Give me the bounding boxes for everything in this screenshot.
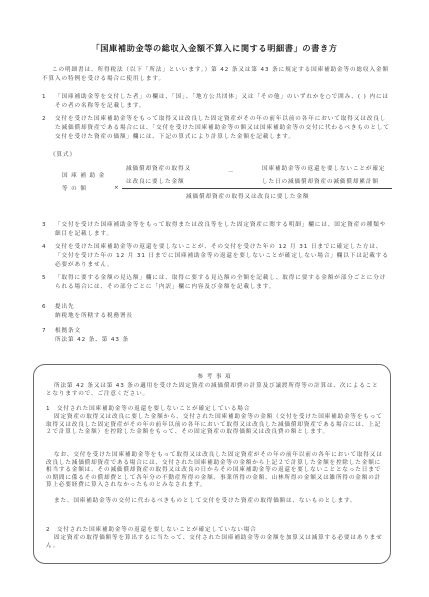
numerator1-line2: は改良に要した金額 [126,177,184,185]
reference-section-1-para-1: 固定資産の取得又は改良に要した金額から、交付された国庫補助金等の金額（交付を受け… [46,414,384,437]
fraction-bar [122,188,392,189]
document-title: 「国庫補助金等の総収入金額不算入に関する明細書」の書き方 [0,43,429,54]
instruction-item-5: 5 「取得に要する金額の見込額」欄には、取得に要する見込額の全額を記載し、取得に… [42,274,392,292]
instruction-item-1: 1 「国庫補助金等を交付した者」の欄は、「国」、「地方公共団体」又は「その他」の… [42,93,392,111]
paragraph-text: なお、交付を受けた国庫補助金等をもって取得又は改良した固定資産がその年の前年以前… [46,452,383,488]
reference-section-2-para-1: 固定資産の取得価額等を算出するに当たって、交付された国庫補助金等の金額を加算又は… [46,535,384,550]
intro-paragraph: この明細書は、所得税法（以下「所法」といいます。）第 42 条又は第 43 条に… [42,66,390,84]
instruction-item-4: 4 交付を受けた国庫補助金等の返還を要しないことが、その交付を受けた年の 12 … [42,243,392,270]
item-number: 5 [42,274,55,292]
item-text: 交付を受けた国庫補助金等をもって取得又は改良した固定資産がその年の前年以前の各年… [55,115,392,142]
item-number: 3 [42,221,55,239]
item-text: 「国庫補助金等を交付した者」の欄は、「国」、「地方公共団体」又は「その他」のいず… [55,93,392,111]
numerator1-line1: 減価償却資産の取得又 [126,164,191,172]
reference-title: 参 考 事 項 [0,372,429,380]
item-number: 7 [42,327,55,345]
instruction-item-2: 2 交付を受けた国庫補助金等をもって取得又は改良した固定資産がその年の前年以前の… [42,115,392,142]
paragraph-text: また、国庫補助金等の交付に代わるべきものとして交付を受けた資産の取得価額は、ない… [54,498,356,504]
instruction-item-3: 3 「交付を受けた国庫補助金等をもって取得または改良等をした固定資産に関する明細… [42,221,392,239]
reference-section-1-heading: 1 交付された国庫補助金等の返還を要しないことが確定している場合 [46,406,384,414]
reference-intro-text: 所法第 42 条又は第 43 条の適用を受けた固定資産の減価償却費の計算及び譲渡… [46,383,379,397]
reference-section-1-para-3: また、国庫補助金等の交付に代わるべきものとして交付を受けた資産の取得価額は、ない… [46,498,384,506]
item-text: 「交付を受けた国庫補助金等をもって取得または改良等をした固定資産に関する明細」欄… [55,221,392,239]
intro-text: この明細書は、所得税法（以下「所法」といいます。）第 42 条又は第 43 条に… [42,67,389,82]
formula: 国 庫 補 助 金 等 の 額 × 減価償却資産の取得又 は改良に要した金額 －… [30,160,410,212]
item-heading: 根拠条文 [55,328,81,334]
formula-label: 《算式》 [50,150,76,158]
instruction-item-7: 7 根拠条文 所法第 42 条、第 43 条 [42,327,392,345]
formula-left-line1: 国 庫 補 助 金 [62,171,105,179]
item-text: 「取得に要する金額の見込額」欄には、取得に要する見込額の全額を記載し、取得に要す… [55,274,392,292]
item-number: 1 [42,93,55,111]
paragraph-text: 固定資産の取得価額等を算出するに当たって、交付された国庫補助金等の金額を加算又は… [46,535,383,549]
reference-section-2-heading: 2 交付された国庫補助金等の返還を要しないことが確定していない場合 [46,527,384,535]
multiply-sign: × [114,185,120,191]
minus-sign: － [228,168,235,176]
item-number: 4 [42,243,55,270]
item-number: 6 [42,303,55,321]
item-subtext: 所法第 42 条、第 43 条 [55,337,129,343]
reference-intro: 所法第 42 条又は第 43 条の適用を受けた固定資産の減価償却費の計算及び譲渡… [46,383,384,398]
numerator2-line2: した日の減価償却資産の減価償却累計額 [262,177,379,185]
denominator: 減価償却資産の取得又は改良に要した金額 [186,192,309,200]
item-text: 交付を受けた国庫補助金等の返還を要しないことが、その交付を受けた年の 12 月 … [55,243,392,270]
item-subtext: 納税地を所轄する税務署長 [55,313,133,319]
formula-left-line2: 等 の 額 [62,184,87,192]
item-number: 2 [42,115,55,142]
item-heading: 提出先 [55,304,74,310]
instruction-item-6: 6 提出先 納税地を所轄する税務署長 [42,303,392,321]
numerator2-line1: 国庫補助金等の返還を要しないことが確定 [262,164,385,172]
paragraph-text: 固定資産の取得又は改良に要した金額から、交付された国庫補助金等の金額（交付を受け… [46,414,383,435]
reference-section-1-para-2: なお、交付を受けた国庫補助金等をもって取得又は改良した固定資産がその年の前年以前… [46,452,384,490]
